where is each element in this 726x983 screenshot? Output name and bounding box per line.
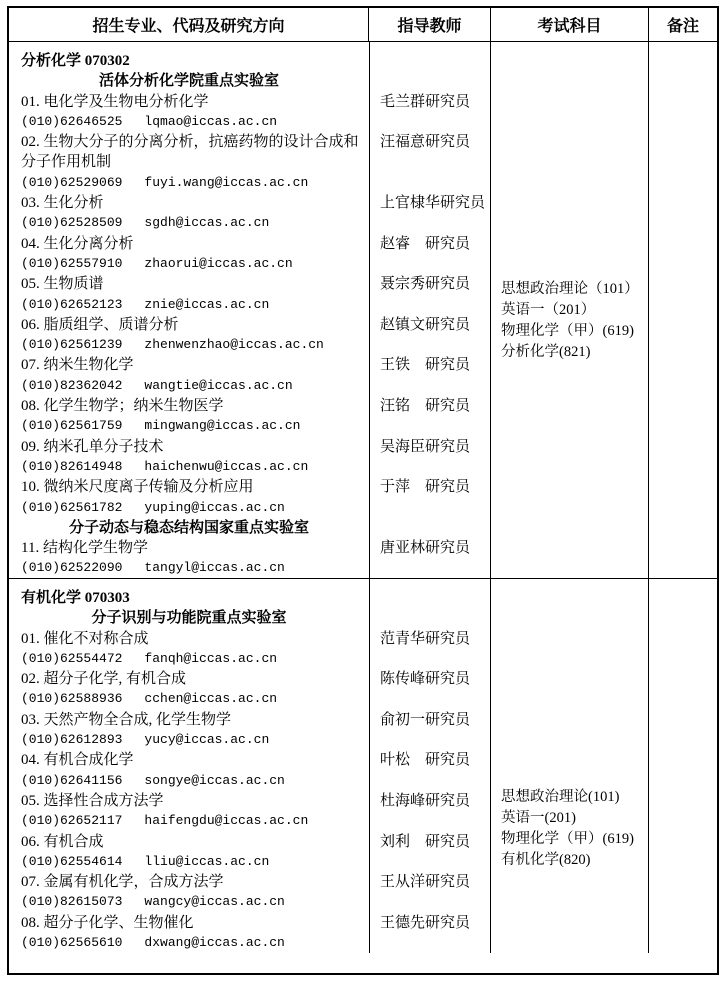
direction-cell: 04. 生化分离分析 (010)62557910zhaorui@iccas.ac… [9,234,369,275]
direction-cell: 07. 纳米生物化学 (010)82362042wangtie@iccas.ac… [9,355,369,396]
exam-subject-line: 分析化学(821) [501,342,648,363]
direction-cell: 06. 脂质组学、质谱分析 (010)62561239zhenwenzhao@i… [9,315,369,356]
header-direction-column: 招生专业、代码及研究方向 [9,8,369,41]
direction-cell: 01. 电化学及生物电分析化学 (010)62646525lqmao@iccas… [9,92,369,133]
advisor-name: 赵镇文研究员 [369,315,490,335]
contact-line: (010)62561759mingwang@iccas.ac.cn [21,416,363,436]
research-direction-item: 01. 电化学及生物电分析化学 (010)62646525lqmao@iccas… [9,92,490,133]
phone-number: (010)82615073 [21,894,122,909]
advisor-name: 毛兰群研究员 [369,92,490,112]
direction-label: 03. 生化分析 [21,193,363,213]
table-header-row: 招生专业、代码及研究方向 指导教师 考试科目 备注 [9,8,717,42]
contact-line: (010)62652123znie@iccas.ac.cn [21,295,363,315]
email-address: tangyl@iccas.ac.cn [144,560,284,575]
phone-number: (010)62561239 [21,337,122,352]
phone-number: (010)62646525 [21,114,122,129]
contact-line: (010)82614948haichenwu@iccas.ac.cn [21,457,363,477]
major-body: 分子识别与功能院重点实验室 01. 催化不对称合成 (010)62554472f… [9,608,490,953]
lab-heading-row: 分子识别与功能院重点实验室 [9,608,490,628]
advisor-name: 俞初一研究员 [369,710,490,730]
admissions-catalog-page: 招生专业、代码及研究方向 指导教师 考试科目 备注 分析化学 070302 活体… [0,0,726,983]
contact-line: (010)62612893yucy@iccas.ac.cn [21,730,363,750]
direction-label: 02. 生物大分子的分离分析，抗癌药物的设计合成和分子作用机制 [21,132,363,173]
direction-cell: 06. 有机合成 (010)62554614lliu@iccas.ac.cn [9,832,369,873]
advisor-name: 陈传峰研究员 [369,669,490,689]
major-section-row: 有机化学 070303 分子识别与功能院重点实验室 01. 催化不对称合成 (0… [9,579,717,953]
direction-cell: 11. 结构化学生物学 (010)62522090tangyl@iccas.ac… [9,538,369,578]
remarks-cell [649,579,717,953]
phone-number: (010)62528509 [21,215,122,230]
lab-name: 活体分析化学院重点实验室 [9,71,369,91]
research-direction-item: 10. 微纳米尺度离子传输及分析应用 (010)62561782yuping@i… [9,477,490,518]
direction-cell: 05. 选择性合成方法学 (010)62652117haifengdu@icca… [9,791,369,832]
research-direction-item: 05. 选择性合成方法学 (010)62652117haifengdu@icca… [9,791,490,832]
contact-line: (010)62561239zhenwenzhao@iccas.ac.cn [21,335,363,355]
research-direction-item: 07. 金属有机化学，合成方法学 (010)82615073wangcy@icc… [9,872,490,913]
phone-number: (010)62554614 [21,854,122,869]
table-body: 分析化学 070302 活体分析化学院重点实验室 01. 电化学及生物电分析化学… [9,42,717,953]
advisor-name: 吴海臣研究员 [369,437,490,457]
exam-subjects-cell: 思想政治理论(101)英语一(201)物理化学（甲）(619)有机化学(820) [491,579,649,953]
research-direction-item: 03. 生化分析 (010)62528509sgdh@iccas.ac.cn 上… [9,193,490,234]
research-direction-item: 08. 化学生物学；纳米生物医学 (010)62561759mingwang@i… [9,396,490,437]
phone-number: (010)62529069 [21,175,122,190]
research-direction-item: 02. 超分子化学, 有机合成 (010)62588936cchen@iccas… [9,669,490,710]
direction-cell: 02. 超分子化学, 有机合成 (010)62588936cchen@iccas… [9,669,369,710]
phone-number: (010)62652123 [21,297,122,312]
phone-number: (010)62557910 [21,256,122,271]
direction-label: 01. 电化学及生物电分析化学 [21,92,363,112]
email-address: yuping@iccas.ac.cn [144,500,284,515]
email-address: zhenwenzhao@iccas.ac.cn [144,337,323,352]
phone-number: (010)62641156 [21,773,122,788]
direction-label: 03. 天然产物全合成, 化学生物学 [21,710,363,730]
email-address: wangtie@iccas.ac.cn [144,378,292,393]
research-direction-item: 09. 纳米孔单分子技术 (010)82614948haichenwu@icca… [9,437,490,478]
direction-label: 08. 化学生物学；纳米生物医学 [21,396,363,416]
direction-label: 05. 生物质谱 [21,274,363,294]
research-direction-item: 06. 有机合成 (010)62554614lliu@iccas.ac.cn 刘… [9,832,490,873]
direction-label: 04. 生化分离分析 [21,234,363,254]
research-direction-item: 06. 脂质组学、质谱分析 (010)62561239zhenwenzhao@i… [9,315,490,356]
email-address: fanqh@iccas.ac.cn [144,651,277,666]
admissions-table: 招生专业、代码及研究方向 指导教师 考试科目 备注 分析化学 070302 活体… [7,6,719,975]
direction-label: 10. 微纳米尺度离子传输及分析应用 [21,477,363,497]
direction-cell: 08. 超分子化学、生物催化 (010)62565610dxwang@iccas… [9,913,369,954]
research-direction-item: 07. 纳米生物化学 (010)82362042wangtie@iccas.ac… [9,355,490,396]
major-body: 活体分析化学院重点实验室 01. 电化学及生物电分析化学 (010)626465… [9,71,490,578]
direction-cell: 09. 纳米孔单分子技术 (010)82614948haichenwu@icca… [9,437,369,478]
exam-subjects-cell: 思想政治理论（101）英语一（201）物理化学（甲）(619)分析化学(821) [491,42,649,578]
research-direction-item: 03. 天然产物全合成, 化学生物学 (010)62612893yucy@icc… [9,710,490,751]
email-address: cchen@iccas.ac.cn [144,691,277,706]
email-address: sgdh@iccas.ac.cn [144,215,269,230]
exam-subject-line: 物理化学（甲）(619) [501,829,648,850]
advisor-name: 叶松 研究员 [369,750,490,770]
lab-heading-row: 活体分析化学院重点实验室 [9,71,490,91]
direction-and-advisor-area: 有机化学 070303 分子识别与功能院重点实验室 01. 催化不对称合成 (0… [9,579,491,953]
direction-label: 09. 纳米孔单分子技术 [21,437,363,457]
header-subjects-column: 考试科目 [491,8,649,41]
research-direction-item: 04. 生化分离分析 (010)62557910zhaorui@iccas.ac… [9,234,490,275]
phone-number: (010)62554472 [21,651,122,666]
research-direction-item: 11. 结构化学生物学 (010)62522090tangyl@iccas.ac… [9,538,490,578]
direction-label: 11. 结构化学生物学 [21,538,363,558]
direction-label: 06. 脂质组学、质谱分析 [21,315,363,335]
direction-cell: 03. 生化分析 (010)62528509sgdh@iccas.ac.cn [9,193,369,234]
direction-cell: 01. 催化不对称合成 (010)62554472fanqh@iccas.ac.… [9,629,369,670]
research-direction-item: 05. 生物质谱 (010)62652123znie@iccas.ac.cn 聂… [9,274,490,315]
exam-subjects-list: 思想政治理论(101)英语一(201)物理化学（甲）(619)有机化学(820) [501,579,648,871]
lab-name: 分子识别与功能院重点实验室 [9,608,369,628]
contact-line: (010)62641156songye@iccas.ac.cn [21,771,363,791]
advisor-name: 赵睿 研究员 [369,234,490,254]
advisor-name: 汪铭 研究员 [369,396,490,416]
phone-number: (010)62522090 [21,560,122,575]
advisor-name: 王铁 研究员 [369,355,490,375]
direction-and-advisor-area: 分析化学 070302 活体分析化学院重点实验室 01. 电化学及生物电分析化学… [9,42,491,578]
email-address: lliu@iccas.ac.cn [144,854,269,869]
email-address: haifengdu@iccas.ac.cn [144,813,308,828]
email-address: songye@iccas.ac.cn [144,773,284,788]
direction-label: 05. 选择性合成方法学 [21,791,363,811]
research-direction-item: 08. 超分子化学、生物催化 (010)62565610dxwang@iccas… [9,913,490,954]
contact-line: (010)62561782yuping@iccas.ac.cn [21,498,363,518]
exam-subject-line: 物理化学（甲）(619) [501,321,648,342]
phone-number: (010)62561759 [21,418,122,433]
email-address: zhaorui@iccas.ac.cn [144,256,292,271]
advisor-name: 聂宗秀研究员 [369,274,490,294]
direction-cell: 05. 生物质谱 (010)62652123znie@iccas.ac.cn [9,274,369,315]
advisor-name: 上官棣华研究员 [369,193,490,213]
contact-line: (010)82615073wangcy@iccas.ac.cn [21,892,363,912]
lab-heading-row: 分子动态与稳态结构国家重点实验室 [9,518,490,538]
direction-cell: 08. 化学生物学；纳米生物医学 (010)62561759mingwang@i… [9,396,369,437]
major-title: 分析化学 070302 [9,51,490,71]
phone-number: (010)62652117 [21,813,122,828]
direction-cell: 04. 有机合成化学 (010)62641156songye@iccas.ac.… [9,750,369,791]
email-address: wangcy@iccas.ac.cn [144,894,284,909]
advisor-name: 唐亚林研究员 [369,538,490,558]
contact-line: (010)62528509sgdh@iccas.ac.cn [21,213,363,233]
contact-line: (010)82362042wangtie@iccas.ac.cn [21,376,363,396]
lab-name: 分子动态与稳态结构国家重点实验室 [9,518,369,538]
phone-number: (010)62561782 [21,500,122,515]
email-address: haichenwu@iccas.ac.cn [144,459,308,474]
direction-label: 01. 催化不对称合成 [21,629,363,649]
advisor-name: 王德先研究员 [369,913,490,933]
phone-number: (010)82362042 [21,378,122,393]
exam-subject-line: 英语一(201) [501,808,648,829]
contact-line: (010)62588936cchen@iccas.ac.cn [21,689,363,709]
direction-cell: 02. 生物大分子的分离分析，抗癌药物的设计合成和分子作用机制 (010)625… [9,132,369,193]
remarks-cell [649,42,717,578]
exam-subjects-list: 思想政治理论（101）英语一（201）物理化学（甲）(619)分析化学(821) [501,42,648,363]
email-address: fuyi.wang@iccas.ac.cn [144,175,308,190]
exam-subject-line: 思想政治理论（101） [501,279,648,300]
phone-number: (010)62565610 [21,935,122,950]
exam-subject-line: 思想政治理论(101) [501,787,648,808]
contact-line: (010)62652117haifengdu@iccas.ac.cn [21,811,363,831]
advisor-name: 汪福意研究员 [369,132,490,152]
contact-line: (010)62557910zhaorui@iccas.ac.cn [21,254,363,274]
advisor-name: 范青华研究员 [369,629,490,649]
contact-line: (010)62554472fanqh@iccas.ac.cn [21,649,363,669]
contact-line: (010)62529069fuyi.wang@iccas.ac.cn [21,173,363,193]
header-advisor-column: 指导教师 [369,8,491,41]
major-title: 有机化学 070303 [9,588,490,608]
advisor-name: 王从洋研究员 [369,872,490,892]
direction-label: 04. 有机合成化学 [21,750,363,770]
advisor-name: 刘利 研究员 [369,832,490,852]
contact-line: (010)62522090tangyl@iccas.ac.cn [21,558,363,578]
advisor-name: 杜海峰研究员 [369,791,490,811]
research-direction-item: 04. 有机合成化学 (010)62641156songye@iccas.ac.… [9,750,490,791]
email-address: znie@iccas.ac.cn [144,297,269,312]
contact-line: (010)62554614lliu@iccas.ac.cn [21,852,363,872]
phone-number: (010)62588936 [21,691,122,706]
email-address: lqmao@iccas.ac.cn [144,114,277,129]
direction-label: 08. 超分子化学、生物催化 [21,913,363,933]
header-remarks-column: 备注 [649,8,717,41]
direction-cell: 07. 金属有机化学，合成方法学 (010)82615073wangcy@icc… [9,872,369,913]
exam-subject-line: 英语一（201） [501,300,648,321]
direction-cell: 10. 微纳米尺度离子传输及分析应用 (010)62561782yuping@i… [9,477,369,518]
contact-line: (010)62646525lqmao@iccas.ac.cn [21,112,363,132]
phone-number: (010)82614948 [21,459,122,474]
direction-label: 02. 超分子化学, 有机合成 [21,669,363,689]
direction-label: 06. 有机合成 [21,832,363,852]
exam-subject-line: 有机化学(820) [501,850,648,871]
email-address: dxwang@iccas.ac.cn [144,935,284,950]
email-address: yucy@iccas.ac.cn [144,732,269,747]
direction-cell: 03. 天然产物全合成, 化学生物学 (010)62612893yucy@icc… [9,710,369,751]
research-direction-item: 02. 生物大分子的分离分析，抗癌药物的设计合成和分子作用机制 (010)625… [9,132,490,193]
contact-line: (010)62565610dxwang@iccas.ac.cn [21,933,363,953]
phone-number: (010)62612893 [21,732,122,747]
direction-label: 07. 纳米生物化学 [21,355,363,375]
advisor-name: 于萍 研究员 [369,477,490,497]
direction-label: 07. 金属有机化学，合成方法学 [21,872,363,892]
major-section-row: 分析化学 070302 活体分析化学院重点实验室 01. 电化学及生物电分析化学… [9,42,717,579]
research-direction-item: 01. 催化不对称合成 (010)62554472fanqh@iccas.ac.… [9,629,490,670]
email-address: mingwang@iccas.ac.cn [144,418,300,433]
